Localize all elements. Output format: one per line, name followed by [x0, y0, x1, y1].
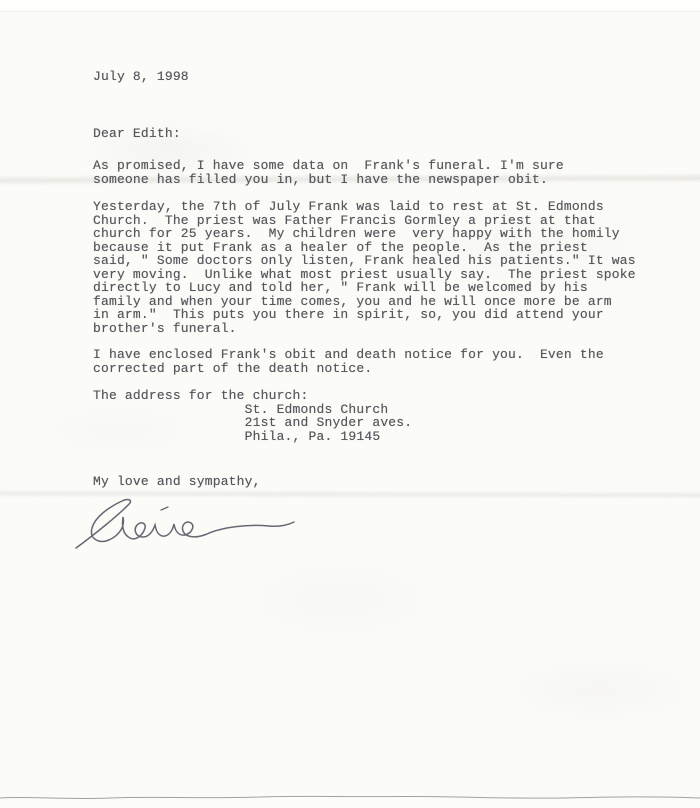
- letter-line: corrected part of the death notice.: [93, 362, 604, 376]
- letter-line: someone has filled you in, but I have th…: [93, 173, 564, 187]
- scan-top-edge: [0, 0, 700, 12]
- letter-line: said, " Some doctors only listen, Frank …: [93, 254, 636, 268]
- letter-paragraph-3: I have enclosed Frank's obit and death n…: [93, 348, 604, 375]
- scanned-letter-page: July 8, 1998 Dear Edith: As promised, I …: [0, 0, 700, 808]
- letter-line: The address for the church:: [93, 389, 412, 403]
- letter-closing: My love and sympathy,: [93, 475, 261, 489]
- signature-stroke: [76, 500, 294, 548]
- closing-line: My love and sympathy,: [93, 475, 261, 489]
- letter-line: in arm." This puts you there in spirit, …: [93, 308, 636, 322]
- letter-line: I have enclosed Frank's obit and death n…: [93, 348, 604, 362]
- address-line: St. Edmonds Church: [93, 403, 412, 417]
- letter-paragraph-2: Yesterday, the 7th of July Frank was lai…: [93, 200, 636, 335]
- letter-line: Church. The priest was Father Francis Go…: [93, 214, 636, 228]
- letter-date: July 8, 1998: [93, 70, 189, 84]
- letter-line: church for 25 years. My children were ve…: [93, 227, 636, 241]
- letter-paragraph-4-church-address: The address for the church: St. Edmonds …: [93, 389, 412, 443]
- handwritten-signature: [64, 496, 314, 554]
- signature-i-dot: [161, 507, 168, 510]
- letter-line: directly to Lucy and told her, " Frank w…: [93, 281, 636, 295]
- letter-line: because it put Frank as a healer of the …: [93, 241, 636, 255]
- letter-paragraph-1: As promised, I have some data on Frank's…: [93, 159, 564, 186]
- letter-salutation: Dear Edith:: [93, 127, 181, 141]
- salutation-line: Dear Edith:: [93, 127, 181, 141]
- address-line: 21st and Snyder aves.: [93, 416, 412, 430]
- letter-line: very moving. Unlike what most priest usu…: [93, 268, 636, 282]
- paper-torn-bottom-edge: [0, 790, 700, 808]
- date-line: July 8, 1998: [93, 70, 189, 84]
- letter-line: As promised, I have some data on Frank's…: [93, 159, 564, 173]
- letter-line: family and when your time comes, you and…: [93, 295, 636, 309]
- letter-line: Yesterday, the 7th of July Frank was lai…: [93, 200, 636, 214]
- address-line: Phila., Pa. 19145: [93, 430, 412, 444]
- letter-line: brother's funeral.: [93, 322, 636, 336]
